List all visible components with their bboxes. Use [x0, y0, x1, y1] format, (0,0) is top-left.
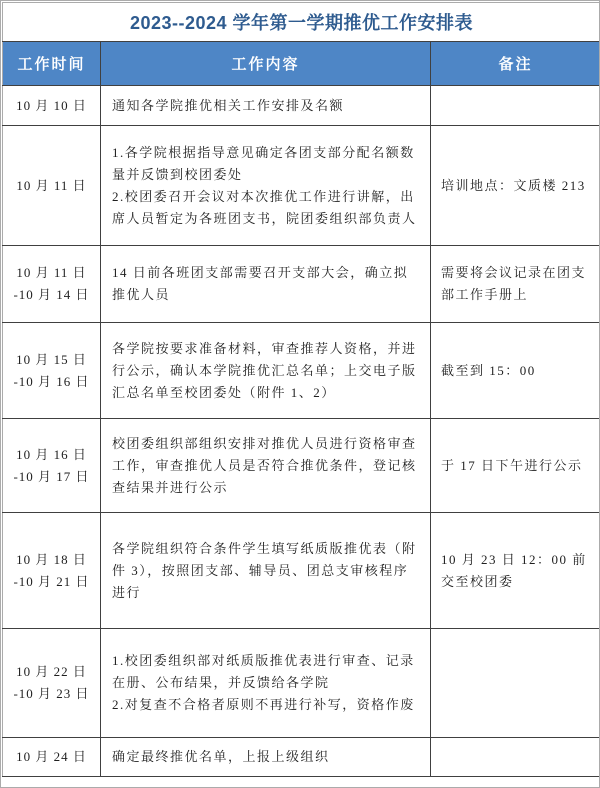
table-row: 10 月 10 日 通知各学院推优相关工作安排及名额 — [3, 86, 600, 126]
note-cell: 10 月 23 日 12：00 前交至校团委 — [431, 513, 600, 629]
content-cell: 各学院按要求准备材料，审查推荐人资格，并进行公示，确认本学院推优汇总名单；上交电… — [101, 323, 431, 419]
column-header-content: 工作内容 — [101, 42, 431, 86]
work-schedule-table: 2023--2024 学年第一学期推优工作安排表 工作时间 工作内容 备注 10… — [2, 2, 600, 777]
header-row: 工作时间 工作内容 备注 — [3, 42, 600, 86]
table-row: 10 月 15 日 -10 月 16 日 各学院按要求准备材料，审查推荐人资格，… — [3, 323, 600, 419]
page-title: 2023--2024 学年第一学期推优工作安排表 — [3, 3, 600, 42]
time-cell: 10 月 11 日 -10 月 14 日 — [3, 246, 101, 323]
note-cell — [431, 629, 600, 738]
table-row: 10 月 18 日 -10 月 21 日 各学院组织符合条件学生填写纸质版推优表… — [3, 513, 600, 629]
title-row: 2023--2024 学年第一学期推优工作安排表 — [3, 3, 600, 42]
content-cell: 1.校团委组织部对纸质版推优表进行审查、记录在册、公布结果，并反馈给各学院 2.… — [101, 629, 431, 738]
content-cell: 通知各学院推优相关工作安排及名额 — [101, 86, 431, 126]
time-cell: 10 月 16 日 -10 月 17 日 — [3, 419, 101, 513]
note-cell: 需要将会议记录在团支部工作手册上 — [431, 246, 600, 323]
time-cell: 10 月 15 日 -10 月 16 日 — [3, 323, 101, 419]
time-cell: 10 月 10 日 — [3, 86, 101, 126]
content-cell: 确定最终推优名单，上报上级组织 — [101, 738, 431, 777]
note-cell — [431, 86, 600, 126]
table-row: 10 月 16 日 -10 月 17 日 校团委组织部组织安排对推优人员进行资格… — [3, 419, 600, 513]
table-row: 10 月 24 日 确定最终推优名单，上报上级组织 — [3, 738, 600, 777]
time-cell: 10 月 24 日 — [3, 738, 101, 777]
table-row: 10 月 11 日 -10 月 14 日 14 日前各班团支部需要召开支部大会，… — [3, 246, 600, 323]
time-cell: 10 月 18 日 -10 月 21 日 — [3, 513, 101, 629]
content-cell: 校团委组织部组织安排对推优人员进行资格审查工作，审查推优人员是否符合推优条件，登… — [101, 419, 431, 513]
content-cell: 1.各学院根据指导意见确定各团支部分配名额数量并反馈到校团委处 2.校团委召开会… — [101, 126, 431, 246]
column-header-note: 备注 — [431, 42, 600, 86]
table-row: 10 月 11 日 1.各学院根据指导意见确定各团支部分配名额数量并反馈到校团委… — [3, 126, 600, 246]
column-header-time: 工作时间 — [3, 42, 101, 86]
note-cell: 于 17 日下午进行公示 — [431, 419, 600, 513]
note-cell — [431, 738, 600, 777]
table-row: 10 月 22 日 -10 月 23 日 1.校团委组织部对纸质版推优表进行审查… — [3, 629, 600, 738]
time-cell: 10 月 22 日 -10 月 23 日 — [3, 629, 101, 738]
content-cell: 各学院组织符合条件学生填写纸质版推优表（附件 3），按照团支部、辅导员、团总支审… — [101, 513, 431, 629]
time-cell: 10 月 11 日 — [3, 126, 101, 246]
content-cell: 14 日前各班团支部需要召开支部大会，确立拟推优人员 — [101, 246, 431, 323]
note-cell: 培训地点：文质楼 213 — [431, 126, 600, 246]
note-cell: 截至到 15：00 — [431, 323, 600, 419]
document-page: 2023--2024 学年第一学期推优工作安排表 工作时间 工作内容 备注 10… — [0, 0, 600, 788]
